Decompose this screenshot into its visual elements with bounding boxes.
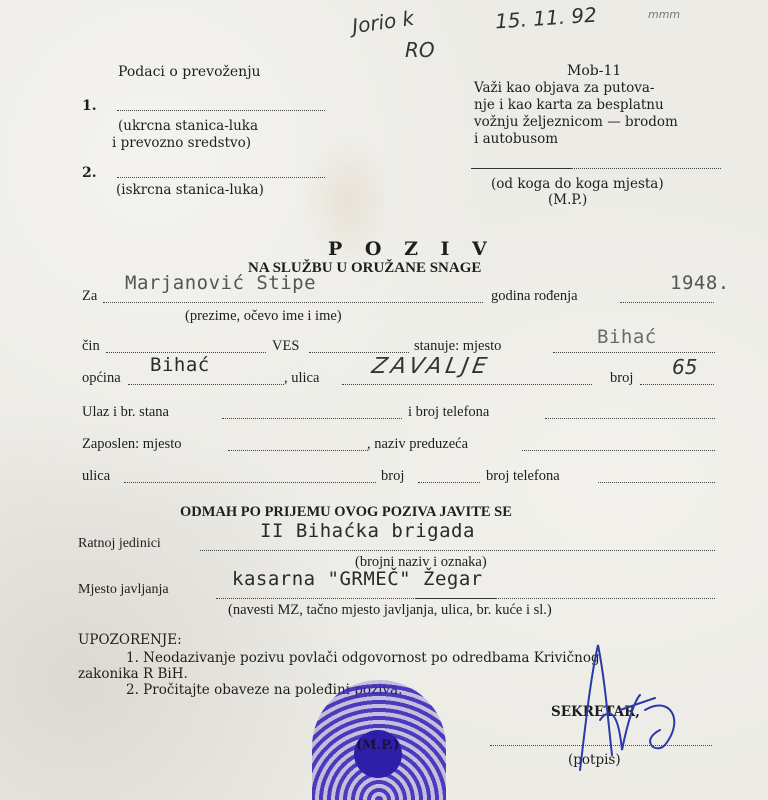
form-validity-line4: i autobusom [474,131,678,148]
route-field-solid [471,168,571,169]
municipality-label: općina [82,370,121,387]
report-place-field-line-2 [496,598,715,599]
work-number-label: broj [381,468,404,485]
disembarkation-caption: (iskrcna stanica-luka) [116,182,264,198]
municipality-value[interactable]: Bihać [150,354,210,376]
house-number-value[interactable]: 65 [672,355,697,379]
phone-label: i broj telefona [408,404,489,421]
report-place-underline [416,598,496,599]
transport-title: Podaci o prevoženju [118,64,261,80]
entrance-label: Ulaz i br. stana [82,404,169,421]
ves-field[interactable] [309,352,409,353]
rank-field[interactable] [106,352,266,353]
form-validity-text: Važi kao objava za putova- nje i kao kar… [474,80,678,148]
birth-year-field-line [620,302,714,303]
warning-item1-line2: zakonika R BiH. [78,666,188,682]
ves-label: VES [272,338,299,355]
form-validity-line2: nje i kao karta za besplatnu [474,97,678,114]
form-validity-line3: vožnju željeznicom — brodom [474,114,678,131]
document-title: P O Z I V [328,238,495,260]
residence-label: stanuje: mjesto [414,338,501,355]
employment-place-label: Zaposlen: mjesto [82,436,181,453]
disembarkation-field[interactable] [117,177,325,178]
entrance-field[interactable] [222,418,402,419]
route-caption: (od koga do koga mjesta) [491,176,664,192]
work-number-field[interactable] [418,482,480,483]
signature-icon [560,640,690,780]
work-phone-label: broj telefona [486,468,560,485]
handwritten-note-2: RO [405,38,435,62]
embarkation-field[interactable] [117,110,325,111]
birth-year-value[interactable]: 1948. [670,272,730,294]
report-instruction: ODMAH PO PRIJEMU OVOG POZIVA JAVITE SE [180,504,512,521]
unit-value[interactable]: II Bihaćka brigada [260,520,475,542]
street-field-line [342,384,592,385]
transport-item1-number: 1. [82,98,97,114]
company-field[interactable] [522,450,715,451]
name-field-line [103,302,483,303]
transport-item2-number: 2. [82,165,97,181]
house-number-field-line [640,384,714,385]
street-value[interactable]: ZAVALJE [370,354,493,379]
street-label: , ulica [284,370,319,387]
company-label: , naziv preduzeća [367,436,468,453]
name-caption: (prezime, očevo ime i ime) [185,308,342,325]
stamp-label: (M.P.) [356,738,399,753]
birth-year-label: godina rođenja [491,288,578,305]
report-place-caption: (navesti MZ, tačno mjesto javljanja, uli… [228,602,552,619]
embarkation-caption-1: (ukrcna stanica-luka [118,118,258,134]
za-label: Za [82,288,97,305]
unit-field-line [200,550,715,551]
name-value[interactable]: Marjanović Stipe [125,272,316,294]
residence-value[interactable]: Bihać [597,326,657,348]
form-validity-line1: Važi kao objava za putova- [474,80,678,97]
report-place-field-line [216,598,416,599]
residence-field-line [553,352,715,353]
warning-title: UPOZORENJE: [78,632,182,648]
report-place-value[interactable]: kasarna "GRMEČ" Žegar [232,568,483,590]
route-field[interactable] [571,168,721,169]
work-phone-field[interactable] [598,482,715,483]
work-street-field[interactable] [124,482,376,483]
work-street-label: ulica [82,468,110,485]
unit-label: Ratnoj jedinici [78,536,161,552]
report-place-label: Mjesto javljanja [78,582,169,598]
handwritten-scribble: mmm [648,8,680,21]
municipality-field-line [128,384,284,385]
form-code: Mob-11 [567,63,621,79]
rank-label: čin [82,338,100,355]
house-number-label: broj [610,370,633,387]
phone-field[interactable] [545,418,715,419]
handwritten-note: Jorio k [351,6,416,38]
seal-caption: (M.P.) [548,192,587,208]
employment-place-field[interactable] [228,450,368,451]
handwritten-date: 15. 11. 92 [494,2,597,33]
embarkation-caption-2: i prevozno sredstvo) [112,135,251,151]
warning-item1-line1: 1. Neodazivanje pozivu povlači odgovorno… [126,650,600,666]
